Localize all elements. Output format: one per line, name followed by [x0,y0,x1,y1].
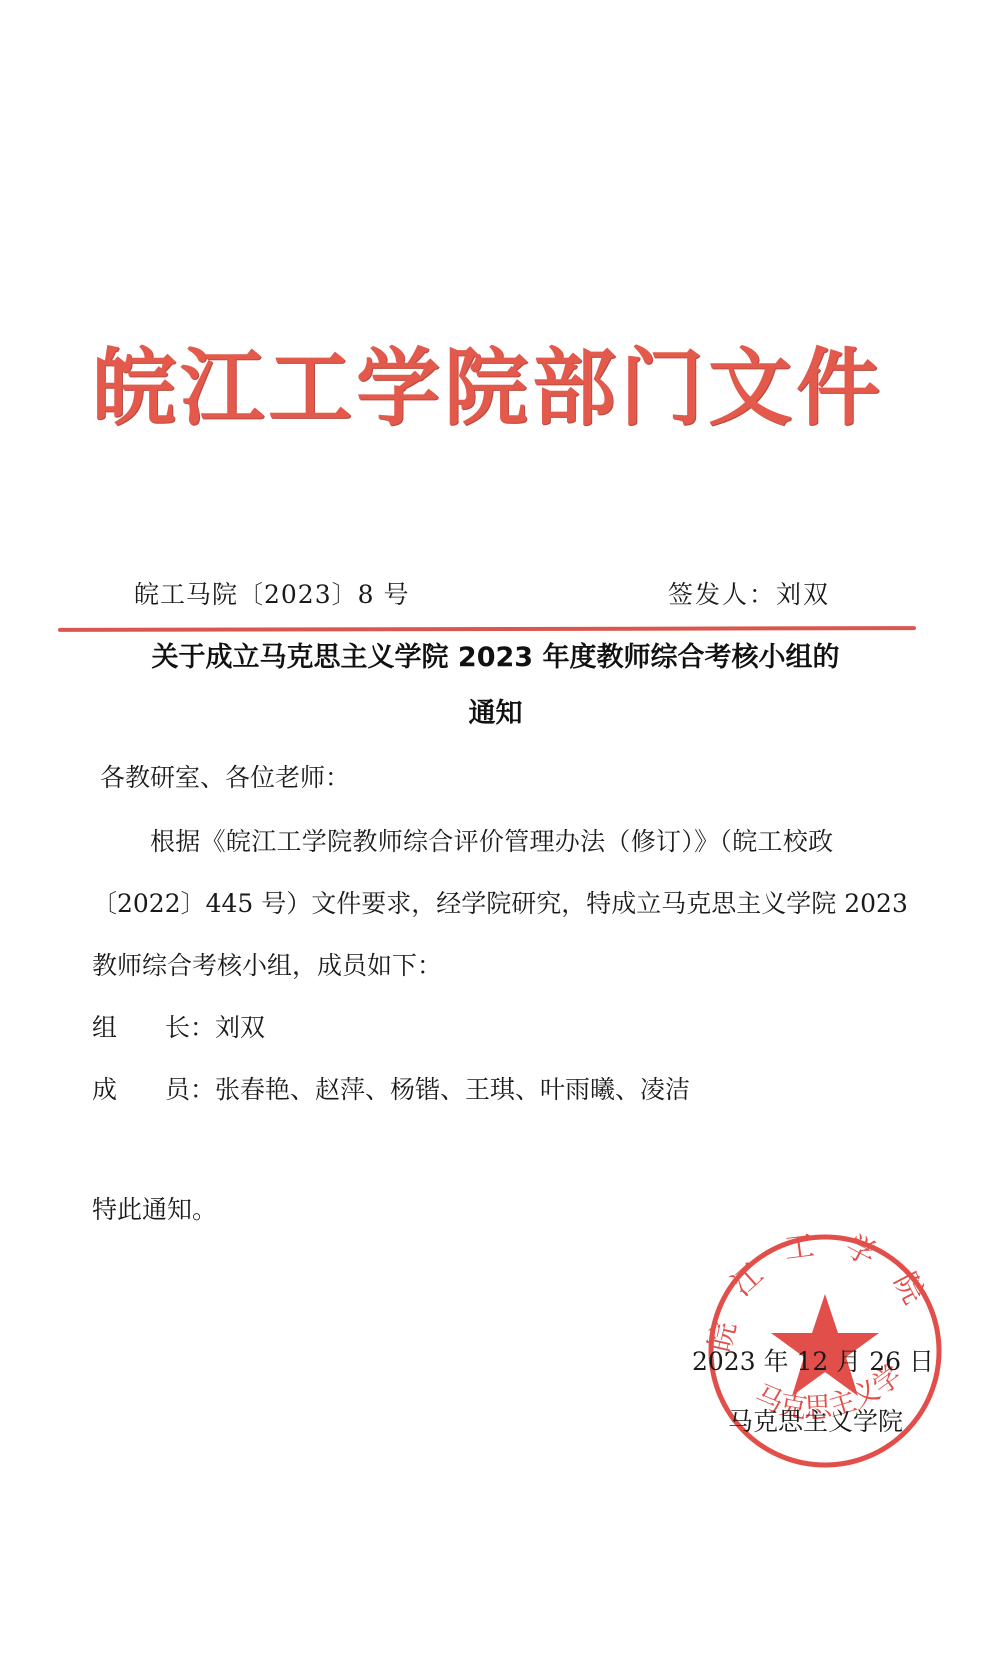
signer-label: 签发人： [668,580,776,609]
paragraph-line-2: 〔2022〕445 号）文件要求，经学院研究，特成立马克思主义学院 2023 [92,889,908,919]
signer: 签发人：刘双 [668,580,830,610]
group-members-line: 成员：张春艳、赵萍、杨锴、王琪、叶雨曦、凌洁 [92,1075,690,1105]
document-number: 皖工马院〔2023〕8 号 [134,580,409,610]
leader-label-first: 组 [92,1013,117,1042]
leader-label-second: 长： [165,1013,215,1042]
paragraph-line-3: 教师综合考核小组，成员如下： [92,951,442,981]
notice-title-line-1: 关于成立马克思主义学院 2023 年度教师综合考核小组的 [0,641,991,675]
issue-date: 2023 年 12 月 26 日 [692,1347,934,1377]
members-label-first: 成 [92,1075,117,1104]
issuing-organization: 马克思主义学院 [728,1407,903,1437]
paragraph-line-1: 根据《皖江工学院教师综合评价管理办法（修订）》（皖工校政 [150,827,833,857]
members-names: 张春艳、赵萍、杨锴、王琪、叶雨曦、凌洁 [215,1075,690,1104]
group-leader-line: 组长：刘双 [92,1013,265,1043]
issuer-header-title: 皖江工学院部门文件 [88,338,888,438]
notice-title-line-2: 通知 [0,697,991,731]
red-divider-rule [58,626,916,632]
salutation: 各教研室、各位老师： [100,763,350,793]
signer-name: 刘双 [776,580,830,609]
members-label-second: 员： [165,1075,215,1104]
leader-name: 刘双 [215,1013,265,1042]
closing-remark: 特此通知。 [92,1195,217,1225]
